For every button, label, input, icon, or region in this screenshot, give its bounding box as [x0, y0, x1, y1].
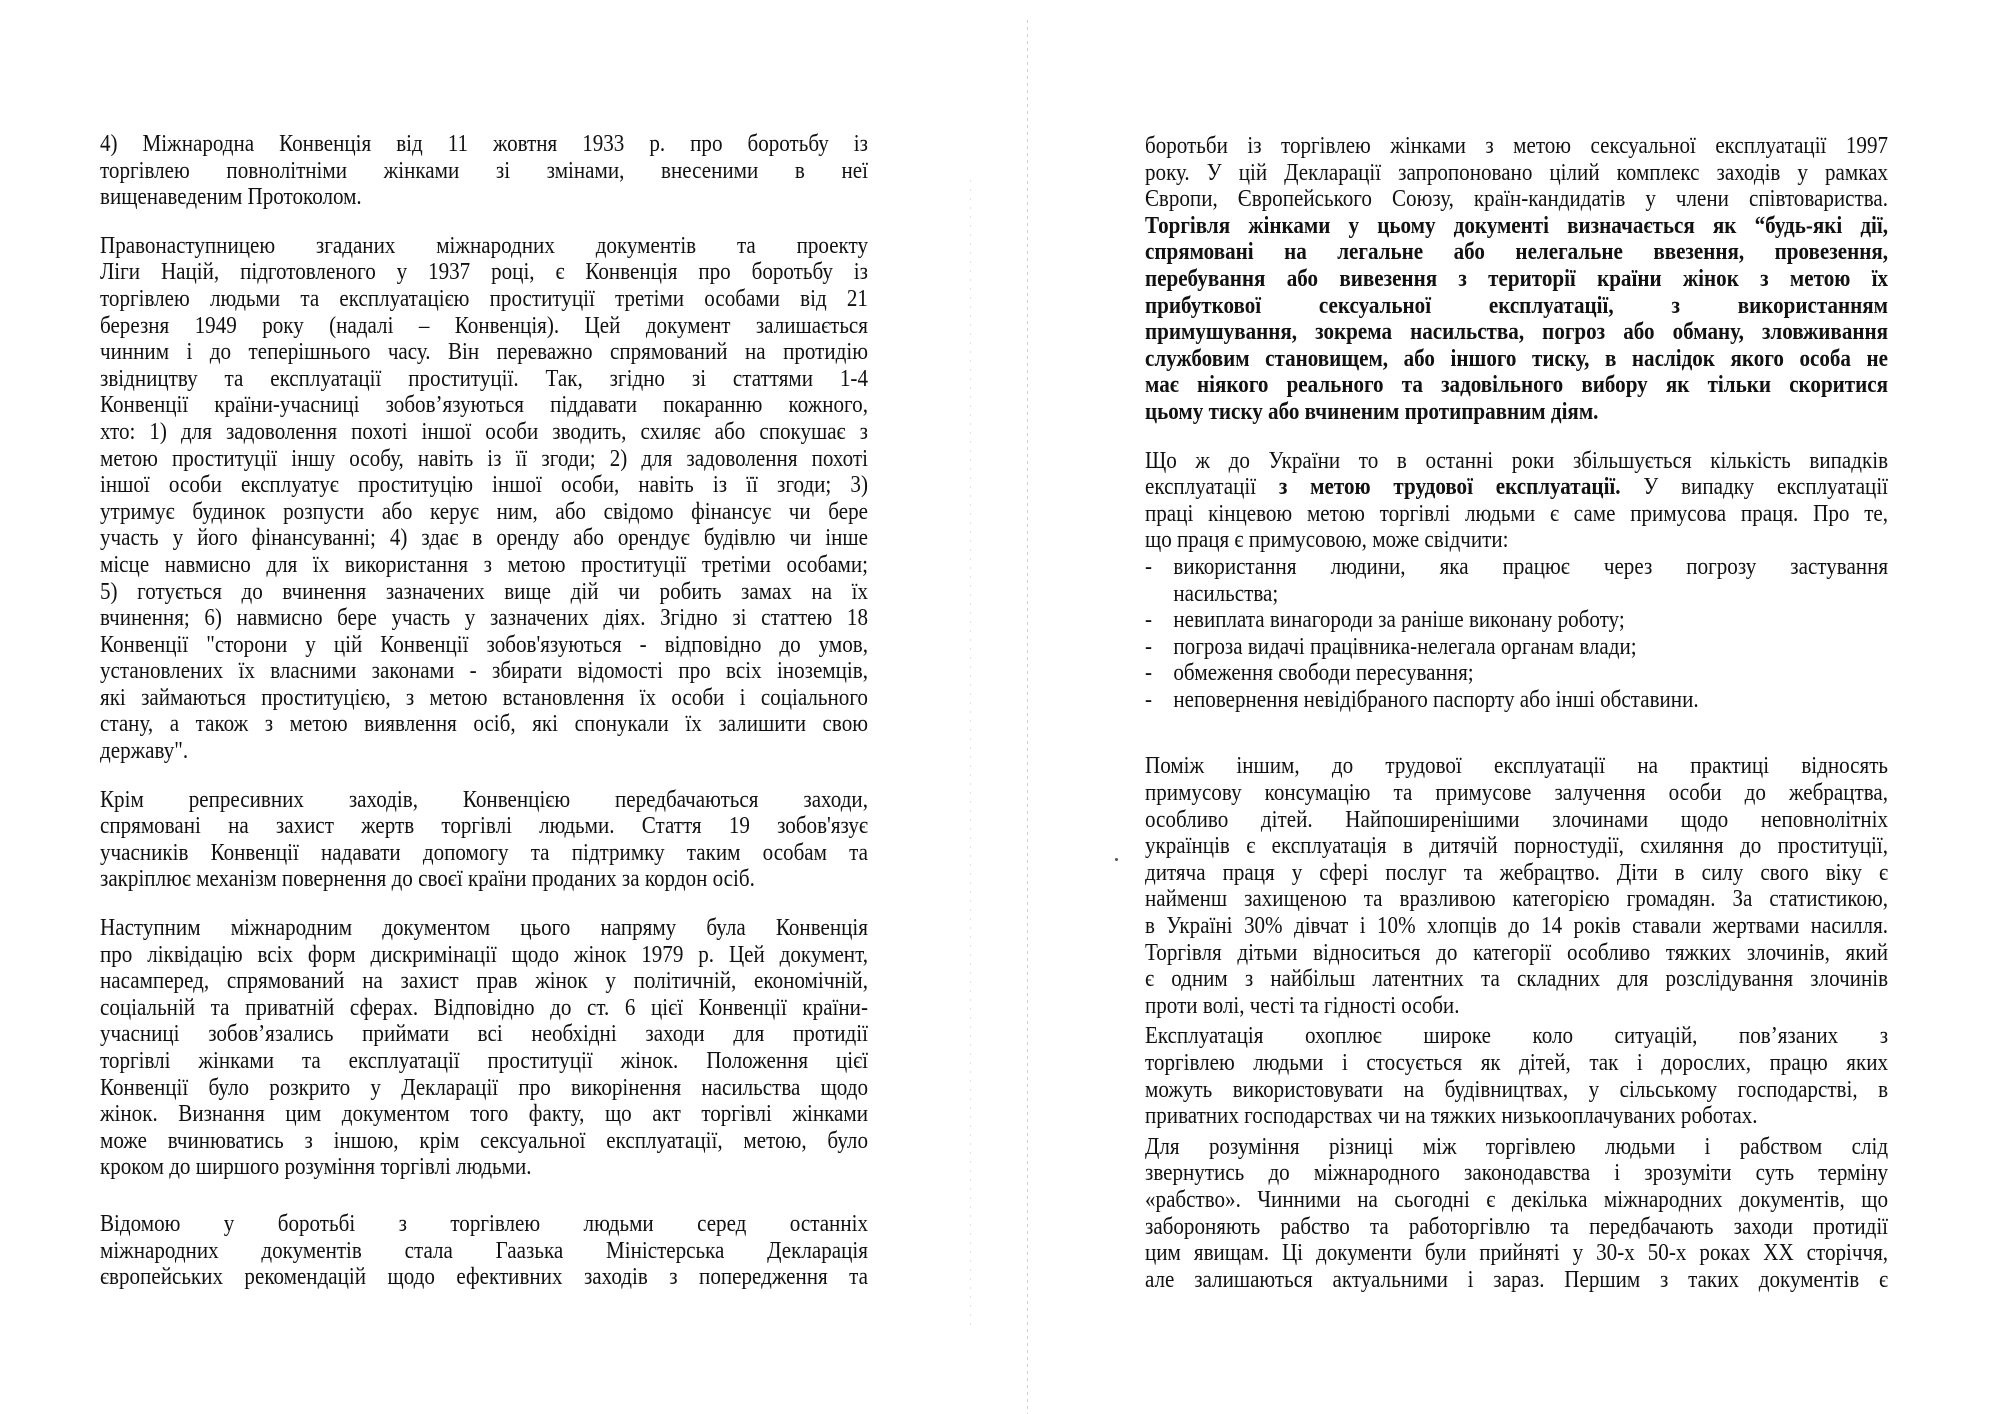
- scan-speck: [1115, 858, 1118, 861]
- dash-bullet-icon: -: [1145, 607, 1152, 634]
- text-line: є одним з найбільш латентних та складних…: [1145, 966, 1888, 993]
- text-line: можуть використовувати на будівництвах, …: [1145, 1077, 1888, 1104]
- text-line: Ліги Націй, підготовленого у 1937 році, …: [100, 259, 868, 286]
- paragraph-begging: Поміж іншим, до трудової експлуатації на…: [1145, 753, 1888, 1019]
- text-line: Експлуатація охоплює широке коло ситуаці…: [1145, 1023, 1888, 1050]
- bold-phrase: з метою трудової експлуатації.: [1279, 473, 1621, 500]
- list-item: -невиплата винагороди за раніше виконану…: [1145, 607, 1888, 634]
- text-line: Крім репресивних заходів, Конвенцією пер…: [100, 787, 868, 814]
- text-line: звідництву та експлуатації проституції. …: [100, 366, 868, 393]
- text-line: участь у його фінансуванні; 4) здає в ор…: [100, 525, 868, 552]
- text-line: чинним і до теперішнього часу. Він перев…: [100, 339, 868, 366]
- paragraph-hague-continuation: боротьби із торгівлею жінками з метою се…: [1145, 133, 1888, 426]
- text-line: Конвенції "сторони у цій Конвенції зобов…: [100, 632, 868, 659]
- text-line: але залишаються актуальними і зараз. Пер…: [1145, 1267, 1888, 1294]
- text-line: найменш захищеною та вразливою категоріє…: [1145, 886, 1888, 913]
- text-line: вчинення; 6) навмисно бере участь у зазн…: [100, 605, 868, 632]
- text-line: спрямовані на захист жертв торгівлі людь…: [100, 813, 868, 840]
- paragraph-convention-1949: Правонаступницею згаданих міжнародних до…: [100, 233, 868, 765]
- bold-definition-line: цьому тиску або вчиненим протиправним ді…: [1145, 399, 1888, 426]
- text-line: європейських рекомендацій щодо ефективни…: [100, 1264, 868, 1291]
- text-line: хто: 1) для задоволення похоті іншої осо…: [100, 419, 868, 446]
- text-line: Правонаступницею згаданих міжнародних до…: [100, 233, 868, 260]
- text-line: праці кінцевою метою торгівлі людьми є с…: [1145, 501, 1888, 528]
- paragraph-hague-declaration: Відомою у боротьбі з торгівлею людьми се…: [100, 1211, 868, 1291]
- text-line: Що ж до України то в останні роки збільш…: [1145, 448, 1888, 475]
- left-text-column: 4) Міжнародна Конвенція від 11 жовтня 19…: [100, 131, 868, 1291]
- text-line: Поміж іншим, до трудової експлуатації на…: [1145, 753, 1888, 780]
- text-line: Відомою у боротьбі з торгівлею людьми се…: [100, 1211, 868, 1238]
- dash-bullet-icon: -: [1145, 554, 1152, 581]
- bold-definition-line: службовим становищем, або іншого тиску, …: [1145, 346, 1888, 373]
- text-line: дитяча праця у сфері послуг та жебрацтво…: [1145, 860, 1888, 887]
- text-line: примусову консумацію та примусове залуче…: [1145, 780, 1888, 807]
- page-edge-shadow: [970, 180, 971, 1330]
- forced-labour-indicators-list: -використання людини, яка працює через п…: [1145, 554, 1888, 714]
- text-line: експлуатації з метою трудової експлуатац…: [1145, 474, 1888, 501]
- dash-bullet-icon: -: [1145, 634, 1152, 661]
- text-line: торгівлею повнолітніми жінками зі змінам…: [100, 158, 868, 185]
- text-line: учасниці зобов’язались приймати всі необ…: [100, 1021, 868, 1048]
- text-line: приватних господарствах чи на тяжких низ…: [1145, 1103, 1888, 1130]
- text-line: насамперед, спрямований на захист прав ж…: [100, 968, 868, 995]
- bold-definition-line: перебування або вивезення з території кр…: [1145, 266, 1888, 293]
- text-line: торгівлі жінками та експлуатації простит…: [100, 1048, 868, 1075]
- text-line: державу".: [100, 738, 868, 765]
- text-line: жінок. Визнання цим документом того факт…: [100, 1101, 868, 1128]
- text-line: Для розуміння різниці між торгівлею людь…: [1145, 1134, 1888, 1161]
- text-segment: У випадку експлуатації: [1621, 473, 1888, 500]
- bold-definition-line: примушування, зокрема насильства, погроз…: [1145, 319, 1888, 346]
- text-line: Наступним міжнародним документом цього н…: [100, 915, 868, 942]
- list-item: - неповернення невідібраного паспорту аб…: [1145, 687, 1888, 714]
- left-page: 4) Міжнародна Конвенція від 11 жовтня 19…: [0, 0, 1028, 1414]
- bold-definition-line: спрямовані на легальне або нелегальне вв…: [1145, 239, 1888, 266]
- text-segment: експлуатації: [1145, 473, 1279, 500]
- bold-definition-line: має ніякого реального та задовільного ви…: [1145, 372, 1888, 399]
- text-line: Європи, Європейського Союзу, країн-канди…: [1145, 186, 1888, 213]
- paragraph-ukraine-labour: Що ж до України то в останні роки збільш…: [1145, 448, 1888, 714]
- text-line: українців є експлуатація в дитячій порно…: [1145, 833, 1888, 860]
- text-line: торгівлею людьми і стосується як дітей, …: [1145, 1050, 1888, 1077]
- text-line: Конвенції країни-учасниці зобов’язуються…: [100, 392, 868, 419]
- text-line: закріплює механізм повернення до своєї к…: [100, 866, 868, 893]
- text-line: 4) Міжнародна Конвенція від 11 жовтня 19…: [100, 131, 868, 158]
- text-line: в Україні 30% дівчат і 10% хлопців до 14…: [1145, 913, 1888, 940]
- bold-definition-line: прибуткової сексуальної експлуатації, з …: [1145, 293, 1888, 320]
- text-line: «рабство». Чинними на сьогодні є декільк…: [1145, 1187, 1888, 1214]
- paragraph-slavery: Для розуміння різниці між торгівлею людь…: [1145, 1134, 1888, 1294]
- paragraph-cedaw-1979: Наступним міжнародним документом цього н…: [100, 915, 868, 1181]
- text-line: соціальній та приватній сферах. Відповід…: [100, 995, 868, 1022]
- paragraph-item-4: 4) Міжнародна Конвенція від 11 жовтня 19…: [100, 131, 868, 211]
- text-line: що праця є примусовою, може свідчити:: [1145, 527, 1888, 554]
- text-line: березня 1949 року (надалі – Конвенція). …: [100, 313, 868, 340]
- text-line: цим явищам. Ці документи були прийняті у…: [1145, 1240, 1888, 1267]
- text-line: про ліквідацію всіх форм дискримінації щ…: [100, 942, 868, 969]
- text-line: утримує будинок розпусти або керує ним, …: [100, 499, 868, 526]
- text-line: торгівлею людьми та експлуатацією прости…: [100, 286, 868, 313]
- text-line: боротьби із торгівлею жінками з метою се…: [1145, 133, 1888, 160]
- list-item: -обмеження свободи пересування;: [1145, 660, 1888, 687]
- text-line: метою проституції іншу особу, навіть із …: [100, 446, 868, 473]
- text-line: стану, а також з метою виявлення осіб, я…: [100, 711, 868, 738]
- text-line: іншої особи експлуатує проституцію іншої…: [100, 472, 868, 499]
- text-line: забороняють рабство та работоргівлю та п…: [1145, 1214, 1888, 1241]
- text-line: Конвенції було розкрито у Декларації про…: [100, 1075, 868, 1102]
- bold-definition-line: Торгівля жінками у цьому документі визна…: [1145, 213, 1888, 240]
- text-line: року. У цій Декларації запропоновано ціл…: [1145, 160, 1888, 187]
- text-line: звернутись до міжнародного законодавства…: [1145, 1160, 1888, 1187]
- text-line: може вчинюватись з іншою, крім сексуальн…: [100, 1128, 868, 1155]
- dash-bullet-icon: -: [1145, 687, 1152, 714]
- text-line: кроком до ширшого розуміння торгівлі люд…: [100, 1154, 868, 1181]
- paragraph-victim-protection: Крім репресивних заходів, Конвенцією пер…: [100, 787, 868, 893]
- list-item: -використання людини, яка працює через п…: [1145, 554, 1888, 581]
- text-line: місце навмисно для їх використання з мет…: [100, 552, 868, 579]
- text-line: які займаються проституцією, з метою вст…: [100, 685, 868, 712]
- list-item-continuation: насильства;: [1145, 581, 1888, 608]
- text-line: вищенаведеним Протоколом.: [100, 184, 868, 211]
- text-line: проти волі, честі та гідності особи.: [1145, 993, 1888, 1020]
- text-line: міжнародних документів стала Гаазька Мін…: [100, 1238, 868, 1265]
- list-item: -погроза видачі працівника-нелегала орга…: [1145, 634, 1888, 661]
- text-line: особливо дітей. Найпоширенішими злочинам…: [1145, 807, 1888, 834]
- paragraph-exploitation: Експлуатація охоплює широке коло ситуаці…: [1145, 1023, 1888, 1129]
- right-text-column: боротьби із торгівлею жінками з метою се…: [1145, 133, 1888, 1293]
- text-line: установлених їх власними законами - збир…: [100, 658, 868, 685]
- text-line: учасників Конвенції надавати допомогу та…: [100, 840, 868, 867]
- text-line: Торгівля дітьми відноситься до категорії…: [1145, 940, 1888, 967]
- text-line: 5) готується до вчинення зазначених вище…: [100, 579, 868, 606]
- dash-bullet-icon: -: [1145, 660, 1152, 687]
